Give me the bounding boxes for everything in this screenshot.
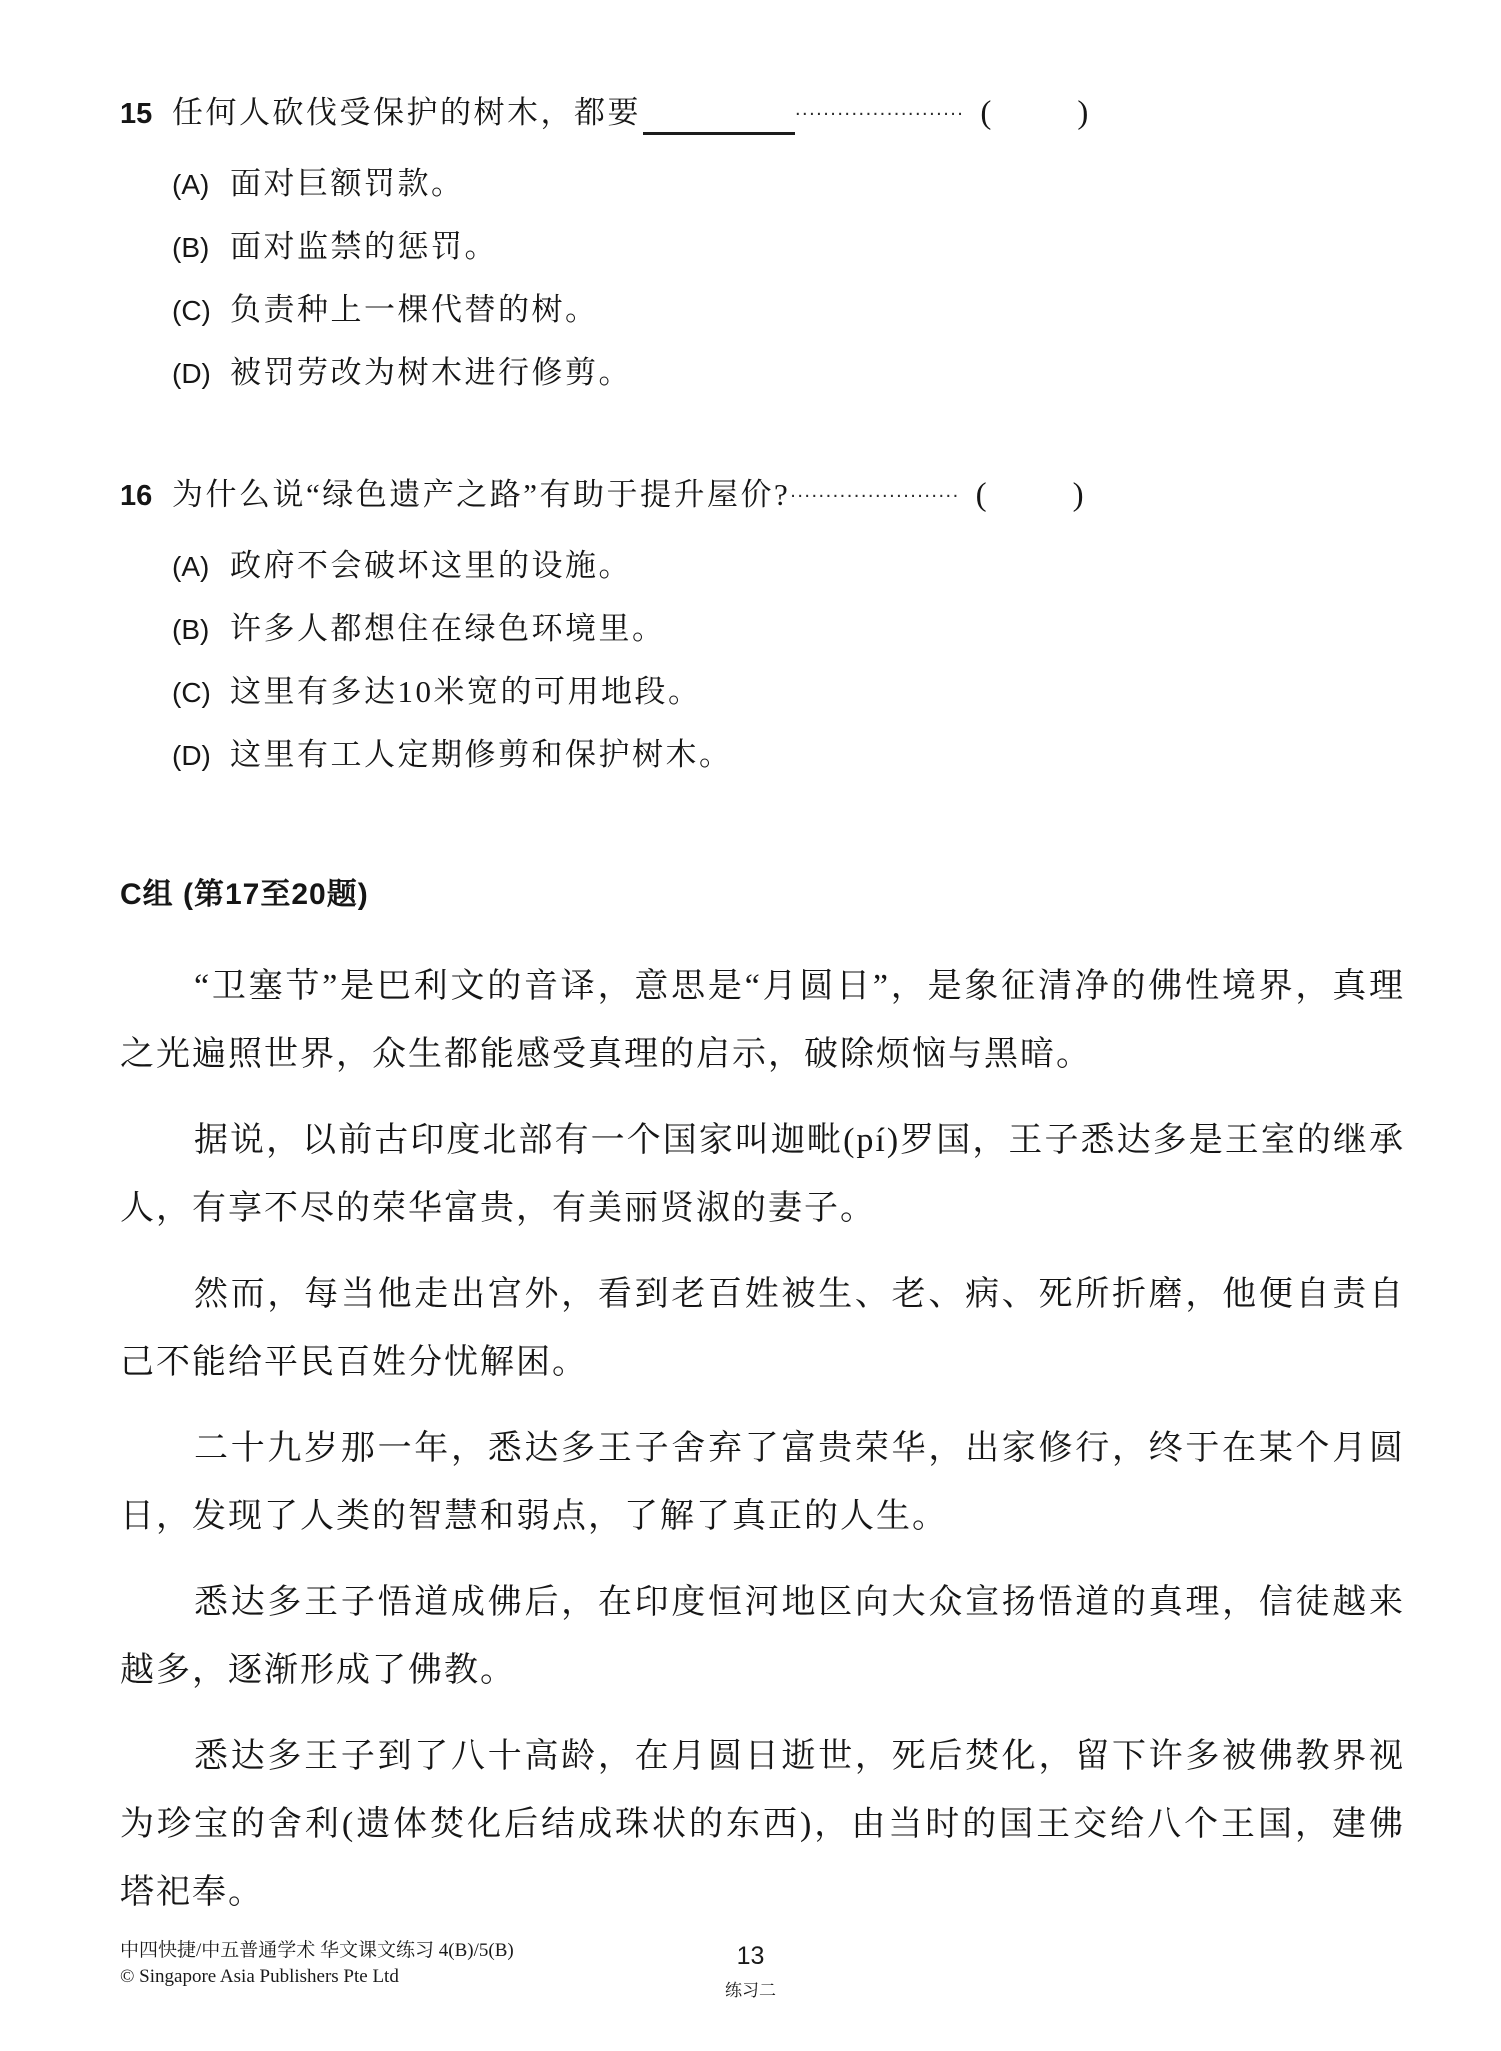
open-paren: ( [980,92,991,134]
page-number: 13 [0,1942,1501,1971]
close-paren: ) [1077,92,1088,134]
option-text: 面对监禁的惩罚。 [230,226,498,268]
option-label: (D) [172,735,230,777]
option-text: 这里有工人定期修剪和保护树木。 [230,734,733,776]
exam-page: 15 任何人砍伐受保护的树木，都要 ......................… [0,0,1501,2051]
passage-paragraph-5: 悉达多王子悟道成佛后，在印度恒河地区向大众宣扬悟道的真理，信徒越来越多，逐渐形成… [120,1569,1405,1705]
question-15-answer-blank [643,98,795,135]
option-label: (C) [172,672,230,714]
question-15-option-d: (D) 被罚劳改为树木进行修剪。 [172,352,1082,395]
question-15-option-b: (B) 面对监禁的惩罚。 [172,226,1082,269]
section-c-title: C组 (第17至20题) [120,869,1405,913]
close-paren: ) [1073,474,1084,516]
question-15-options: (A) 面对巨额罚款。 (B) 面对监禁的惩罚。 (C) 负责种上一棵代替的树。… [172,163,1082,395]
option-text: 面对巨额罚款。 [230,163,465,205]
question-16-options: (A) 政府不会破坏这里的设施。 (B) 许多人都想住在绿色环境里。 (C) 这… [172,545,1082,777]
question-15-dotted-leader: ........................ [795,88,964,130]
option-label: (C) [172,290,230,332]
question-16-option-a: (A) 政府不会破坏这里的设施。 [172,545,1082,588]
option-text: 政府不会破坏这里的设施。 [230,545,632,587]
question-16-option-c: (C) 这里有多达10米宽的可用地段。 [172,671,1082,714]
exercise-label: 练习二 [0,1976,1501,2001]
passage-paragraph-2: 据说，以前古印度北部有一个国家叫迦毗(pí)罗国，王子悉达多是王室的继承人，有享… [120,1107,1405,1243]
question-16-text: 为什么说“绿色遗产之路”有助于提升屋价? [172,474,790,516]
question-16: 16 为什么说“绿色遗产之路”有助于提升屋价? ................… [120,474,1082,777]
open-paren: ( [976,474,987,516]
option-text: 许多人都想住在绿色环境里。 [230,608,666,650]
question-15-number: 15 [120,93,172,135]
question-15-head: 15 任何人砍伐受保护的树木，都要 ......................… [120,92,1082,135]
passage-paragraph-3: 然而，每当他走出宫外，看到老百姓被生、老、病、死所折磨，他便自责自己不能给平民百… [120,1261,1405,1397]
option-text: 被罚劳改为树木进行修剪。 [230,352,632,394]
option-text: 负责种上一棵代替的树。 [230,289,599,331]
passage-paragraph-4: 二十九岁那一年，悉达多王子舍弃了富贵荣华，出家修行，终于在某个月圆日，发现了人类… [120,1415,1405,1551]
question-15: 15 任何人砍伐受保护的树木，都要 ......................… [120,92,1082,395]
question-15-text: 任何人砍伐受保护的树木，都要 [172,92,641,134]
option-label: (A) [172,164,230,206]
question-16-dotted-leader: ........................ [790,470,959,512]
option-label: (D) [172,353,230,395]
passage-paragraph-1: “卫塞节”是巴利文的音译，意思是“月圆日”，是象征清净的佛性境界，真理之光遍照世… [120,953,1405,1089]
question-15-option-c: (C) 负责种上一棵代替的树。 [172,289,1082,332]
passage-paragraph-6: 悉达多王子到了八十高龄，在月圆日逝世，死后焚化，留下许多被佛教界视为珍宝的舍利(… [120,1723,1405,1927]
question-16-head: 16 为什么说“绿色遗产之路”有助于提升屋价? ................… [120,474,1082,517]
option-label: (A) [172,546,230,588]
option-text: 这里有多达10米宽的可用地段。 [230,671,702,713]
option-label: (B) [172,609,230,651]
question-15-option-a: (A) 面对巨额罚款。 [172,163,1082,206]
reading-passage: “卫塞节”是巴利文的音译，意思是“月圆日”，是象征清净的佛性境界，真理之光遍照世… [120,953,1405,1927]
question-16-option-b: (B) 许多人都想住在绿色环境里。 [172,608,1082,651]
question-16-option-d: (D) 这里有工人定期修剪和保护树木。 [172,734,1082,777]
page-content: 15 任何人砍伐受保护的树木，都要 ......................… [120,92,1405,1945]
footer-page-info: 13 练习二 [0,1942,1501,2001]
option-label: (B) [172,227,230,269]
question-15-answer-brackets: ( ) [980,92,1088,134]
question-16-number: 16 [120,475,172,517]
question-16-answer-brackets: ( ) [976,474,1084,516]
